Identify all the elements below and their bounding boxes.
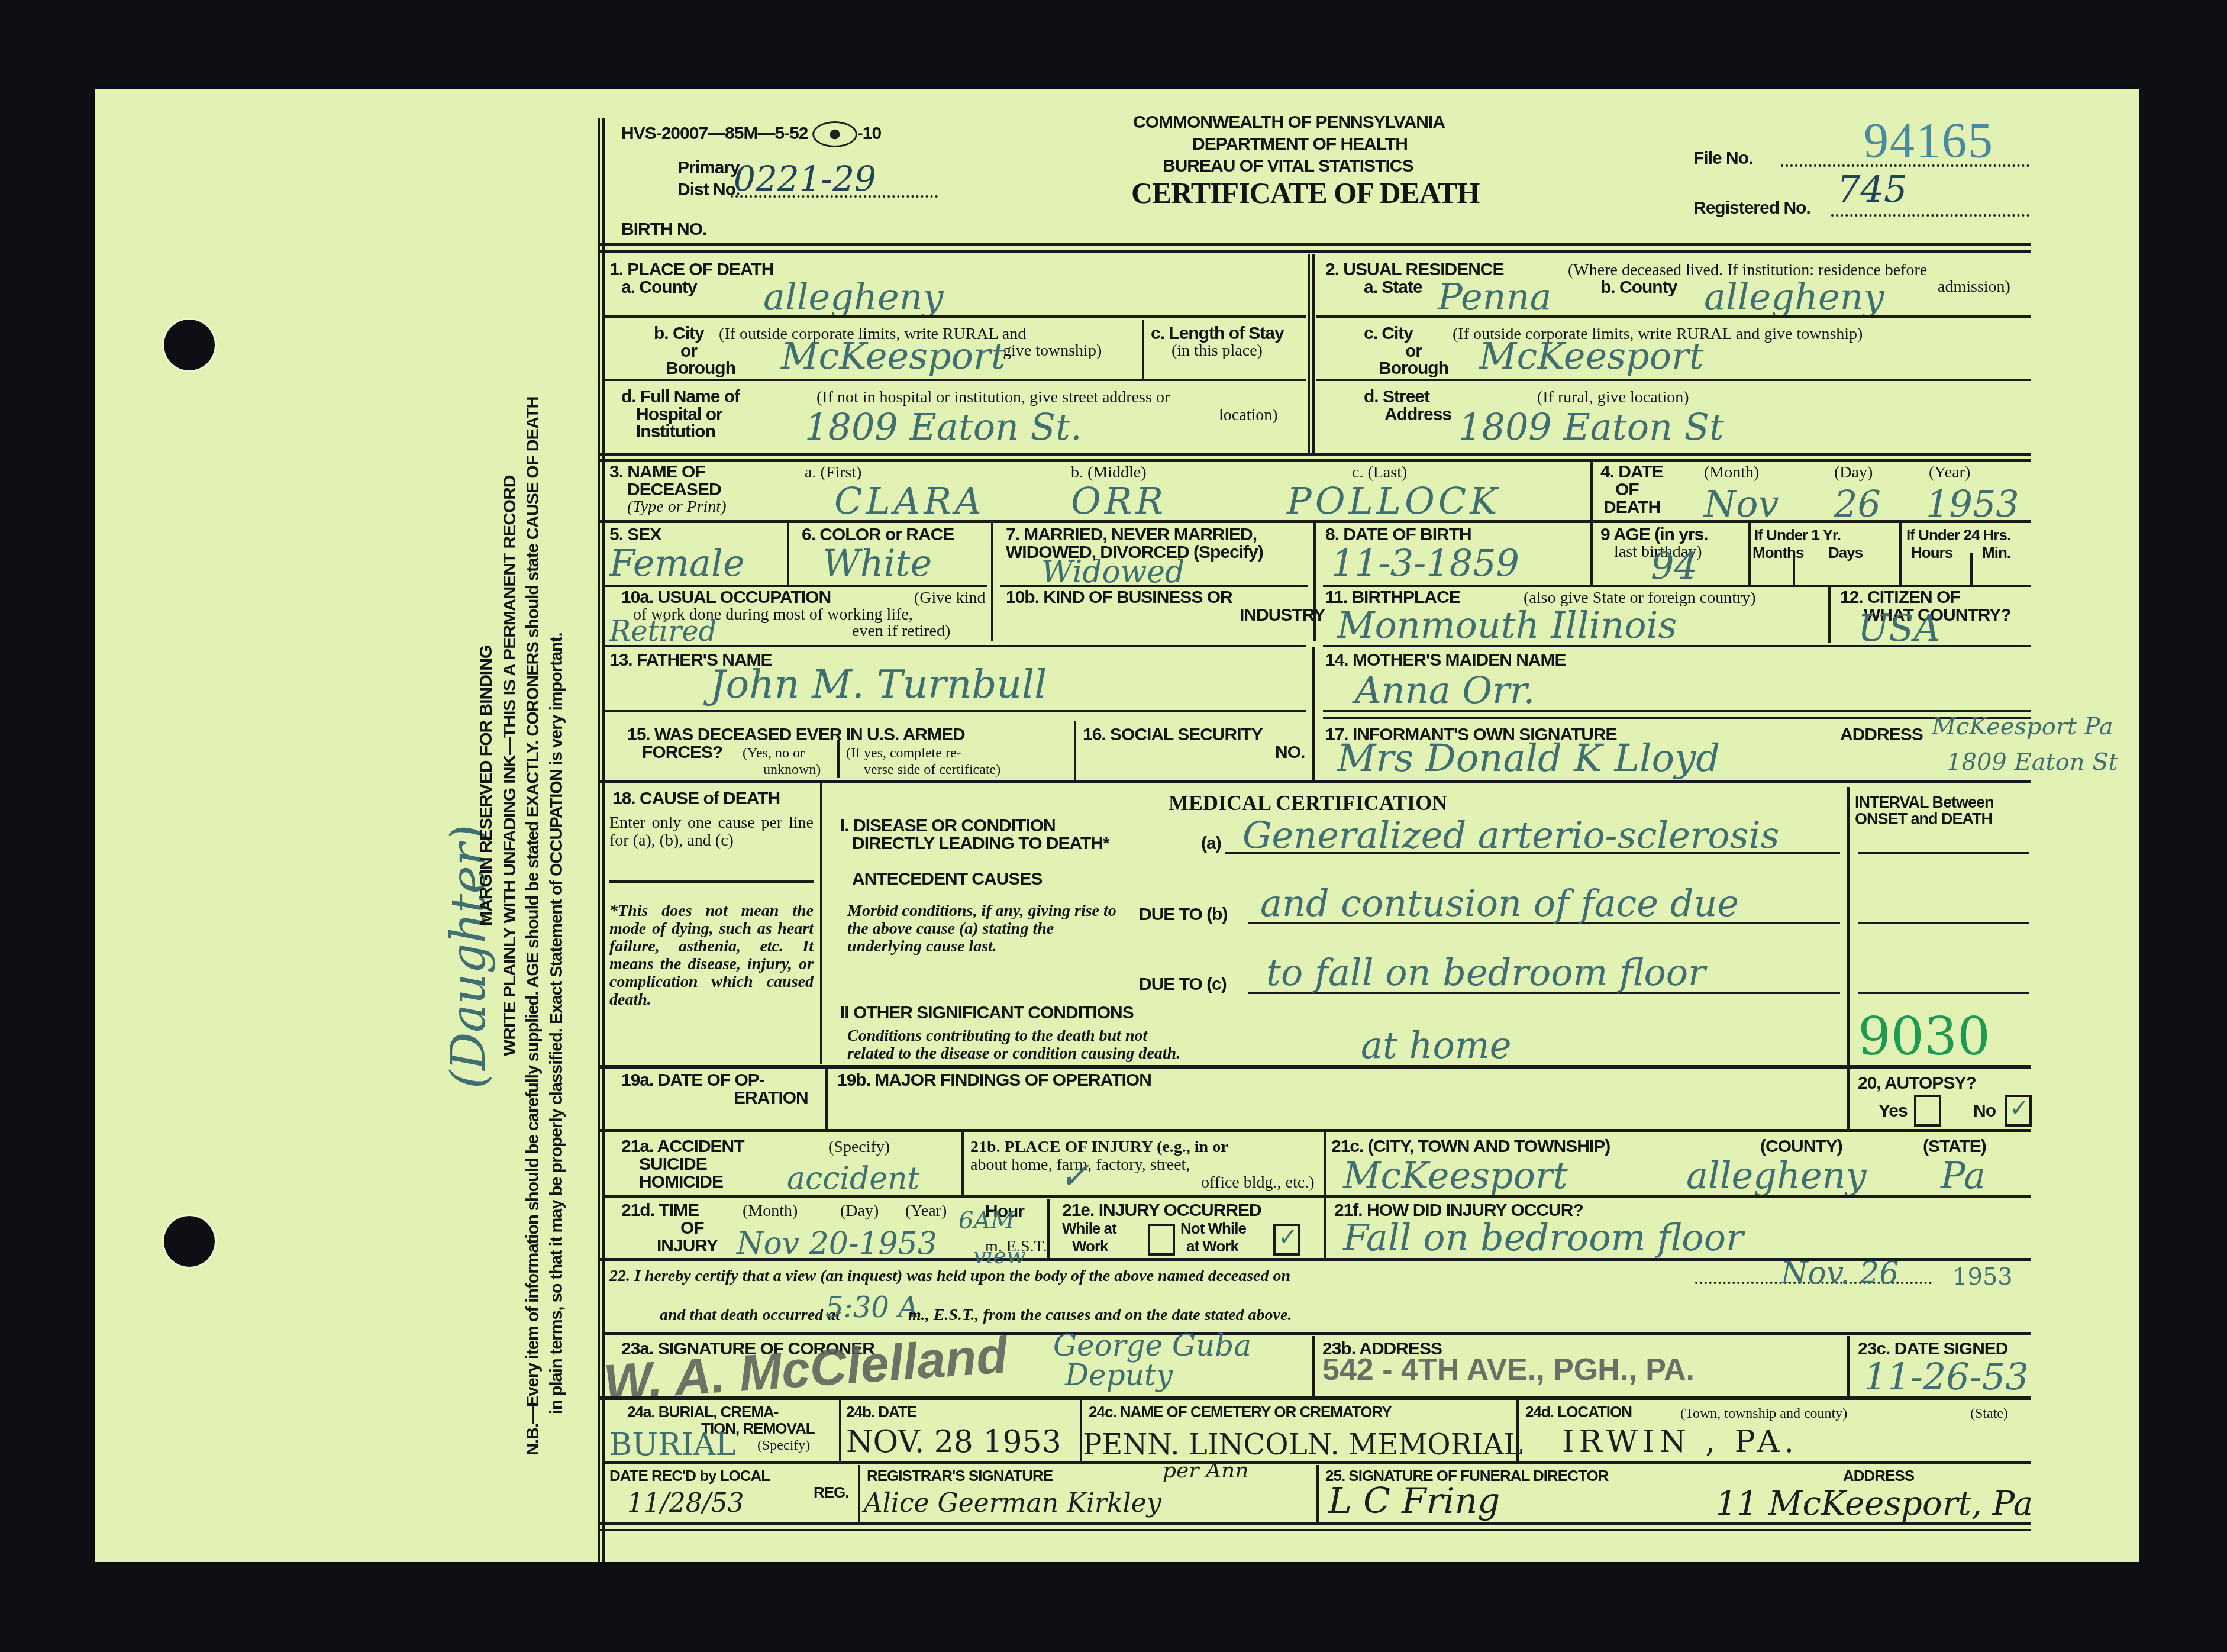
last-name-value[interactable]: POLLOCK	[1287, 482, 1500, 520]
classification-code: 9030	[1858, 1006, 1990, 1067]
rule-row13-end-c	[1323, 717, 2031, 719]
rule-row13-end-b	[1323, 710, 2031, 712]
birthplace-value[interactable]: Monmouth Illinois	[1337, 606, 1677, 644]
rule-row10-end-b	[1323, 645, 2031, 647]
armed-note-1: (Yes, no or	[743, 744, 805, 762]
op-date-label-2: ERATION	[734, 1089, 808, 1108]
hospital-note-2: location)	[1219, 406, 1278, 424]
cause-instruction: Enter only one cause per line for (a), (…	[609, 814, 814, 850]
informant-value[interactable]: Mrs Donald K Lloyd	[1337, 740, 1720, 777]
ssn-label-2: NO.	[1275, 743, 1305, 762]
death-city-note-2: give township)	[1003, 342, 1102, 360]
first-name-value[interactable]: CLARA	[834, 482, 985, 520]
op-findings-label: 19b. MAJOR FINDINGS OF OPERATION	[837, 1071, 1151, 1090]
divider-sex	[787, 523, 789, 585]
autopsy-no-checkbox[interactable]: ✓	[2005, 1095, 2032, 1127]
stay-label-1: c. Length of Stay	[1151, 324, 1284, 343]
rule-2b	[1316, 379, 2031, 381]
residence-state-label: a. State	[1364, 278, 1422, 297]
primary-dist-label-1: Primary	[677, 159, 740, 178]
divider-dob	[1590, 523, 1593, 585]
medical-certification-title: MEDICAL CERTIFICATION	[1169, 790, 1447, 815]
not-while-at-work-label-2: at Work	[1186, 1238, 1238, 1254]
burial-location-note: (Town, township and county)	[1680, 1405, 1847, 1422]
name-label-2: DECEASED	[627, 480, 721, 499]
part2-label: II OTHER SIGNIFICANT CONDITIONS	[840, 1004, 1134, 1022]
autopsy-label: 20, AUTOPSY?	[1858, 1074, 1976, 1093]
death-county-label: a. County	[621, 278, 697, 297]
autopsy-no-label: No	[1973, 1102, 1996, 1121]
burial-label-3: (Specify)	[757, 1437, 810, 1454]
divider-time	[1047, 1199, 1050, 1260]
death-year-value[interactable]: 1953	[1926, 485, 2019, 523]
deputy-signature-2[interactable]: Deputy	[1065, 1358, 1173, 1392]
divider-place-residence	[1308, 254, 1310, 456]
op-date-label-1: 19a. DATE OF OP-	[621, 1071, 764, 1090]
residence-street-label-2: Address	[1384, 405, 1451, 424]
residence-street-note: (If rural, give location)	[1537, 389, 1689, 406]
interval-b-rule	[1858, 922, 2029, 924]
funeral-address-value[interactable]: 11 McKeesport, Pa	[1716, 1485, 2033, 1523]
injury-occurred-label: 21e. INJURY OCCURRED	[1062, 1201, 1261, 1220]
rule-row15-end	[599, 780, 2031, 783]
residence-city-label-3: Borough	[1379, 359, 1448, 378]
union-seal-icon	[812, 121, 857, 147]
margin-ink-note: WRITE PLAINLY WITH UNFADING INK—THIS IS …	[500, 476, 520, 1056]
form-bottom-rule-1	[599, 1522, 2031, 1525]
header-rule-1	[599, 243, 2031, 246]
cause-line-a[interactable]: Generalized arterio-sclerosis	[1242, 817, 1779, 854]
date-of-death-label-3: DEATH	[1603, 498, 1660, 517]
death-day-label: (Day)	[1834, 464, 1873, 482]
hospital-label-3: Institution	[636, 422, 715, 441]
date-signed-value[interactable]: 11-26-53	[1864, 1358, 2029, 1396]
death-city-label-3: Borough	[666, 359, 735, 378]
residence-street-label-1: d. Street	[1364, 388, 1429, 406]
cemetery-value[interactable]: PENN. LINCOLN. MEMORIAL	[1083, 1426, 1522, 1464]
accident-value[interactable]: accident	[787, 1160, 919, 1198]
ssn-label-1: 16. SOCIAL SECURITY	[1083, 725, 1263, 744]
while-at-work-label-2: Work	[1072, 1238, 1108, 1254]
injury-city-value[interactable]: McKeesport	[1343, 1157, 1568, 1195]
form-bottom-rule-2	[599, 1529, 2031, 1531]
occupation-note-1: (Give kind	[914, 589, 986, 607]
mother-label: 14. MOTHER'S MAIDEN NAME	[1325, 651, 1566, 670]
rule-1a	[602, 315, 1306, 318]
form-code-suffix: -10	[857, 124, 881, 143]
informant-address-value-1[interactable]: McKeesport Pa	[1932, 713, 2113, 740]
hours-label: Hours	[1911, 544, 1952, 561]
injury-hour-value[interactable]: 6AM	[958, 1207, 1015, 1234]
injury-county-value[interactable]: allegheny	[1686, 1157, 1867, 1195]
injury-time-label-2: OF	[680, 1219, 704, 1238]
death-month-value[interactable]: Nov	[1704, 485, 1779, 523]
armed-note-4: verse side of certificate)	[864, 761, 1000, 779]
divider-place-residence-2	[1312, 254, 1315, 456]
divider-parents	[1312, 647, 1315, 780]
primary-dist-value[interactable]: 0221-29	[734, 160, 876, 198]
age-label-1: 9 AGE (in yrs.	[1600, 525, 1708, 544]
injury-year-label: (Year)	[905, 1202, 947, 1220]
margin-occupation-note: in plain terms, so that it may be proper…	[547, 633, 567, 1415]
interval-label-2: ONSET and DEATH	[1855, 809, 1992, 828]
binder-hole-top	[164, 320, 215, 370]
injury-month-label: (Month)	[743, 1202, 798, 1220]
checkmark-icon: ✓	[1278, 1224, 1298, 1251]
form-left-border	[598, 118, 600, 1562]
informant-address-value-2[interactable]: 1809 Eaton St	[1947, 748, 2118, 776]
rule-2a	[1316, 315, 2031, 318]
divider-date-signed	[1847, 1336, 1850, 1398]
residence-note-2: admission)	[1938, 278, 2010, 296]
accident-label-1: 21a. ACCIDENT	[621, 1137, 744, 1156]
due-to-c-label: DUE TO (c)	[1139, 975, 1227, 994]
accident-label-3: HOMICIDE	[639, 1173, 723, 1192]
registered-no-value[interactable]: 745	[1837, 170, 1907, 208]
form-code: HVS-20007—85M—5-52 -10	[621, 121, 881, 147]
cause-instruction-rule	[609, 880, 814, 883]
death-city-value[interactable]: McKeesport	[781, 337, 1006, 375]
burial-location-value[interactable]: IRWIN , PA.	[1562, 1423, 1799, 1461]
registrar-per: per Ann	[1163, 1459, 1248, 1483]
received-label-1: DATE REC'D by LOCAL	[609, 1467, 770, 1484]
occupation-label: 10a. USUAL OCCUPATION	[621, 588, 831, 607]
residence-county-label: b. County	[1600, 278, 1677, 297]
registered-no-label: Registered No.	[1693, 199, 1810, 218]
certify-year-value[interactable]: 1953	[1952, 1263, 2013, 1290]
armed-note-3: (If yes, complete re-	[846, 744, 961, 762]
binder-hole-bottom	[164, 1216, 215, 1267]
death-month-label: (Month)	[1704, 464, 1759, 482]
min-label: Min.	[1982, 544, 2010, 561]
rule-1b	[602, 379, 1306, 381]
while-at-work-checkbox[interactable]	[1148, 1224, 1175, 1256]
certify-line-2-prefix: and that death occurred at	[660, 1306, 840, 1324]
burial-label-1: 24a. BURIAL, CREMA-	[627, 1403, 778, 1420]
antecedent-label: ANTECEDENT CAUSES	[852, 870, 1042, 889]
date-of-death-label-2: OF	[1615, 480, 1639, 499]
death-county-value[interactable]: allegheny	[763, 278, 944, 316]
morbid-note: Morbid conditions, if any, giving rise t…	[847, 902, 1131, 956]
under-24-hrs-label: If Under 24 Hrs.	[1906, 527, 2010, 543]
hospital-label-1: d. Full Name of	[621, 388, 740, 406]
days-label: Days	[1828, 544, 1863, 561]
agency-line-3: BUREAU OF VITAL STATISTICS	[1163, 156, 1413, 176]
certify-insert: view	[973, 1243, 1026, 1269]
margin-nb-note: N.B.—Every item of information should be…	[524, 397, 543, 1456]
marital-label-1: 7. MARRIED, NEVER MARRIED,	[1006, 525, 1257, 544]
death-city-label-1: b. City	[654, 324, 704, 343]
burial-location-state: (State)	[1970, 1405, 2008, 1422]
place-injury-label-1: 21b. PLACE OF INJURY (e.g., in or	[970, 1138, 1228, 1156]
cause-footnote: *This does not mean the mode of dying, s…	[609, 902, 814, 1009]
burial-date-label: 24b. DATE	[846, 1403, 916, 1420]
residence-county-value[interactable]: allegheny	[1704, 278, 1884, 316]
divider-under1	[1899, 523, 1902, 585]
burial-location-label: 24d. LOCATION	[1525, 1403, 1632, 1420]
funeral-address-label: ADDRESS	[1843, 1467, 1914, 1484]
injury-time-label-3: INJURY	[657, 1237, 718, 1256]
cause-line-c[interactable]: to fall on bedroom floor	[1266, 954, 1706, 992]
received-label-2: REG.	[814, 1484, 849, 1501]
rule-row10-end-a	[602, 645, 1306, 647]
divider-cause-left	[820, 783, 822, 1064]
race-value[interactable]: White	[822, 544, 932, 582]
residence-street-value[interactable]: 1809 Eaton St	[1458, 408, 1724, 446]
divider-coroner	[1312, 1336, 1315, 1398]
rule-row19-end	[599, 1129, 2031, 1132]
divider-hours	[1970, 553, 1973, 585]
interval-c-rule	[1858, 992, 2029, 994]
residence-city-label-1: c. City	[1364, 324, 1413, 343]
armed-forces-label-2: FORCES?	[642, 743, 722, 762]
how-injury-value[interactable]: Fall on bedroom floor	[1343, 1219, 1744, 1257]
injury-time-value[interactable]: Nov 20-1953	[737, 1225, 937, 1263]
divider-race	[991, 523, 993, 641]
not-while-at-work-checkbox[interactable]: ✓	[1273, 1224, 1300, 1256]
line-a-marker: (a)	[1201, 834, 1221, 853]
rule-row2-end	[599, 453, 2031, 456]
armed-forces-label-1: 15. WAS DECEASED EVER IN U.S. ARMED	[627, 725, 965, 744]
header-rule-2	[599, 250, 2031, 253]
agency-line-1: COMMONWEALTH OF PENNSYLVANIA	[1133, 112, 1445, 133]
cause-heading: 18. CAUSE of DEATH	[612, 789, 780, 808]
due-to-b-label: DUE TO (b)	[1139, 905, 1227, 924]
interval-a-rule	[1858, 852, 2029, 854]
page-title: CERTIFICATE OF DEATH	[1131, 176, 1480, 210]
middle-name-value[interactable]: ORR	[1071, 482, 1167, 520]
divider-citizen	[1828, 587, 1831, 643]
received-value[interactable]: 11/28/53	[627, 1488, 744, 1518]
cemetery-label: 24c. NAME OF CEMETERY OR CREMATORY	[1089, 1403, 1392, 1420]
hospital-value[interactable]: 1809 Eaton St.	[805, 408, 1082, 446]
cause-line-b[interactable]: and contusion of face due	[1260, 885, 1739, 922]
under-1-yr-label: If Under 1 Yr.	[1754, 527, 1841, 543]
coroner-address-stamp: 542 - 4TH AVE., PGH., PA.	[1322, 1352, 1695, 1388]
rule-row5-end-a	[602, 585, 987, 587]
checkmark-icon: ✓	[2009, 1095, 2029, 1122]
months-label: Months	[1752, 544, 1803, 561]
registrar-signature[interactable]: Alice Geerman Kirkley	[864, 1488, 1161, 1518]
sex-value[interactable]: Female	[609, 544, 745, 582]
other-conditions-value[interactable]: at home	[1361, 1027, 1511, 1064]
certify-date-value[interactable]: Nov. 26	[1781, 1254, 1899, 1292]
birth-no-label: BIRTH NO.	[621, 220, 706, 239]
rule-row24-end	[602, 1461, 2031, 1464]
residence-state-value[interactable]: Penna	[1438, 278, 1551, 316]
divider-op-date	[825, 1069, 828, 1131]
divider-stay	[1142, 320, 1144, 379]
occupation-note-3: even if retired)	[852, 622, 950, 640]
name-label-3: (Type or Print)	[627, 498, 726, 516]
injury-state-value[interactable]: Pa	[1941, 1157, 1986, 1195]
name-label-1: 3. NAME OF	[609, 463, 705, 482]
place-injury-value[interactable]: ✓	[1059, 1157, 1090, 1195]
date-of-death-label-1: 4. DATE	[1600, 463, 1663, 482]
citizen-value[interactable]: USA	[1858, 609, 1941, 647]
rule-row2-end-2	[599, 459, 2031, 462]
rule-row13-end-a	[602, 710, 1306, 712]
hospital-note-1: (If not in hospital or institution, give…	[816, 389, 1170, 406]
part1-label-2: DIRECTLY LEADING TO DEATH*	[852, 834, 1109, 853]
dob-value[interactable]: 11-3-1859	[1331, 544, 1519, 582]
divider-registrar	[1316, 1465, 1319, 1524]
margin-binding-note: MARGIN RESERVED FOR BINDING	[476, 646, 496, 926]
accident-label-2: SUICIDE	[639, 1155, 707, 1174]
divider-accident	[961, 1132, 964, 1196]
divider-burial-date	[1080, 1400, 1082, 1462]
business-label-2: INDUSTRY	[1240, 606, 1325, 625]
part1-label-1: I. DISEASE OR CONDITION	[840, 817, 1056, 835]
burial-value[interactable]: BURIAL	[609, 1426, 736, 1464]
father-value[interactable]: John M. Turnbull	[710, 666, 1047, 704]
death-time-value[interactable]: 5:30 A	[825, 1291, 919, 1324]
funeral-director-signature[interactable]: L C Fring	[1328, 1482, 1500, 1520]
file-no-value[interactable]: 94165	[1864, 112, 1994, 170]
agency-line-2: DEPARTMENT OF HEALTH	[1192, 134, 1408, 154]
autopsy-yes-label: Yes	[1879, 1102, 1908, 1121]
rule-row5-end-c	[1323, 585, 2031, 587]
divider-interval	[1847, 787, 1850, 1065]
rule-row23-end	[599, 1396, 2031, 1400]
form-left-border-inner	[602, 118, 605, 1562]
burial-date-value[interactable]: NOV. 28 1953	[846, 1423, 1061, 1461]
informant-address-label: ADDRESS	[1840, 725, 1923, 744]
while-at-work-label-1: While at	[1062, 1220, 1116, 1237]
stay-label-2: (in this place)	[1171, 342, 1263, 360]
business-label-1: 10b. KIND OF BUSINESS OR	[1006, 588, 1232, 607]
file-no-label: File No.	[1693, 149, 1752, 168]
divider-autopsy	[1847, 1069, 1850, 1131]
divider-armed-note	[837, 740, 840, 778]
accident-specify: (Specify)	[828, 1138, 890, 1156]
form-code-text: HVS-20007—85M—5-52	[621, 124, 808, 143]
rule-row22-end	[602, 1332, 2031, 1335]
rule-row5-end-b	[1000, 585, 1308, 587]
divider-ssn	[1074, 721, 1076, 780]
injury-time-label-1: 21d. TIME	[621, 1201, 699, 1220]
citizen-label-1: 12. CITIZEN OF	[1840, 588, 1960, 607]
injury-day-label: (Day)	[840, 1202, 879, 1220]
rule-row18-end	[599, 1065, 2031, 1069]
place-of-death-heading: 1. PLACE OF DEATH	[609, 260, 773, 279]
rule-row21a-end	[602, 1195, 2031, 1198]
divider-burial	[839, 1400, 841, 1462]
divider-received	[858, 1465, 860, 1524]
place-injury-label-3: office bldg., etc.)	[1201, 1174, 1315, 1192]
death-day-value[interactable]: 26	[1834, 485, 1881, 523]
registered-no-line	[1831, 214, 2029, 217]
residence-city-value[interactable]: McKeesport	[1479, 337, 1704, 375]
mother-value[interactable]: Anna Orr.	[1355, 672, 1535, 709]
divider-age	[1748, 523, 1751, 585]
registrar-label: REGISTRAR'S SIGNATURE	[867, 1467, 1053, 1484]
age-value[interactable]: 94	[1651, 547, 1697, 585]
autopsy-yes-checkbox[interactable]	[1914, 1095, 1941, 1127]
certify-line-1: 22. I hereby certify that a view (an inq…	[609, 1267, 1290, 1285]
not-while-at-work-label-1: Not While	[1180, 1220, 1246, 1237]
divider-name-date	[1590, 462, 1593, 521]
part2-note: Conditions contributing to the death but…	[847, 1027, 1196, 1063]
armed-note-2: unknown)	[763, 761, 821, 779]
death-year-label: (Year)	[1929, 464, 1970, 482]
certify-line-2-suffix: m., E.S.T., from the causes and on the d…	[908, 1306, 1292, 1324]
